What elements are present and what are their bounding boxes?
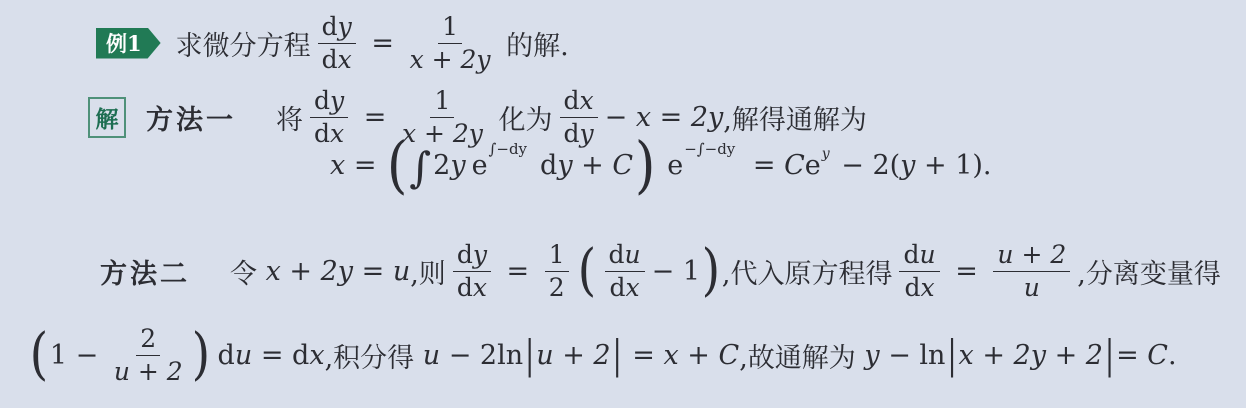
- math-token: d: [218, 340, 235, 371]
- math-token: 1 −: [50, 340, 107, 371]
- abs-bar: |: [525, 333, 534, 378]
- text-segment: 化为: [490, 98, 553, 137]
- math-token: − ln: [880, 340, 946, 371]
- math-token: u: [1024, 272, 1040, 303]
- abs-bar: |: [947, 333, 956, 378]
- math-token: d: [904, 273, 920, 302]
- big-paren-close: ): [635, 159, 656, 171]
- frac-2-over-u2: 2 u + 2: [114, 324, 183, 386]
- math-token: d: [314, 119, 330, 148]
- method2-label: 方法二: [100, 252, 190, 291]
- big-paren-open: (: [30, 349, 49, 360]
- math-token: e: [667, 150, 683, 181]
- frac-du-dx: du dx: [899, 240, 939, 302]
- math-token: 2: [433, 150, 450, 181]
- math-token: u: [920, 240, 936, 269]
- math-token: x: [309, 340, 324, 371]
- math-token: u: [423, 340, 440, 371]
- frac-u2-over-u: u + 2 u: [993, 240, 1070, 302]
- equals-sign: =: [498, 256, 538, 287]
- big-paren-open: (: [577, 265, 596, 276]
- math-token: C: [612, 150, 633, 181]
- frac-dy-dx: dy dx: [453, 240, 491, 302]
- text-segment: 令: [230, 252, 266, 291]
- math-token: x: [330, 150, 345, 181]
- math-token: d: [457, 273, 473, 302]
- math-token: y: [580, 119, 594, 148]
- math-token: − 2ln: [440, 340, 523, 371]
- math-token: x: [580, 86, 594, 115]
- abs-bar: |: [1105, 333, 1114, 378]
- equals-sign: =: [345, 150, 385, 181]
- frac-1-over-2: 1 2: [545, 240, 569, 302]
- exponent: y: [822, 146, 830, 162]
- big-paren-close: ): [702, 265, 721, 276]
- math-token: x: [330, 119, 344, 148]
- textbook-page: 例1 求微分方程 dy dx = 1 x + 2y 的解. 解 方法一 将 dy…: [0, 0, 1246, 408]
- problem-text-pre: 求微分方程: [176, 24, 311, 63]
- exponent: −∫−dy: [684, 140, 735, 158]
- math-token: 1: [438, 12, 462, 44]
- math-token: x + 2y: [410, 44, 491, 75]
- frac-1-over-x2y: 1 x + 2y: [402, 86, 483, 148]
- math-expression: − x = 2y: [605, 102, 724, 133]
- math-token: +: [573, 150, 613, 181]
- math-token: C: [1147, 340, 1168, 371]
- math-token: d: [540, 150, 557, 181]
- example-badge: 例1: [96, 28, 161, 59]
- math-token: x: [921, 273, 935, 302]
- math-token: d: [322, 12, 338, 41]
- equals-sign: =: [947, 256, 987, 287]
- text-segment: ,故通解为: [739, 336, 864, 375]
- math-token: e: [805, 150, 821, 181]
- problem-text-post: 的解.: [498, 24, 569, 63]
- math-token: y: [864, 340, 879, 371]
- equals-sign: =: [744, 150, 784, 181]
- text-segment: ,则: [410, 252, 446, 291]
- abs-bar: |: [613, 333, 622, 378]
- math-token: 1: [430, 86, 454, 118]
- math-token: y: [338, 12, 352, 41]
- math-expression: x + 2y = u: [266, 256, 411, 287]
- math-token: y: [330, 86, 344, 115]
- solution-method2-line: 方法二 令 x + 2y = u ,则 dy dx = 1 2 ( du dx …: [100, 240, 1221, 302]
- problem-statement-line: 例1 求微分方程 dy dx = 1 x + 2y 的解.: [96, 12, 569, 74]
- frac-1-over-x2y: 1 x + 2y: [410, 12, 491, 74]
- frac-dy-dx: dy dx: [310, 86, 348, 148]
- frac-du-dx: du dx: [605, 240, 645, 302]
- math-token: 2: [136, 324, 160, 356]
- math-token: x: [338, 45, 352, 74]
- math-token: 2: [549, 272, 565, 303]
- math-token: + 1).: [915, 150, 991, 181]
- math-token: d: [564, 119, 580, 148]
- text-segment: ,积分得: [325, 336, 423, 375]
- integral-sign: ∫: [409, 164, 431, 172]
- text-segment: 将: [276, 98, 303, 137]
- math-token: x: [626, 273, 640, 302]
- math-token: − 2(: [833, 150, 901, 181]
- math-expression: x + 2y + 2: [959, 340, 1103, 371]
- math-token: y: [473, 240, 487, 269]
- math-expression: u + 2: [536, 340, 610, 371]
- big-paren-open: (: [387, 159, 408, 171]
- math-token: d: [609, 240, 625, 269]
- solution-badge: 解: [88, 97, 126, 138]
- equals-sign: =: [1116, 340, 1147, 371]
- math-token: d: [457, 240, 473, 269]
- math-token: d: [314, 86, 330, 115]
- math-token: d: [292, 340, 309, 371]
- math-token: x: [473, 273, 487, 302]
- solution-method2-continued: ( 1 − 2 u + 2 ) d u = d x ,积分得 u − 2ln |…: [28, 324, 1177, 386]
- big-paren-close: ): [191, 349, 210, 360]
- math-token: y: [450, 150, 465, 181]
- math-expression: x + C: [664, 340, 740, 371]
- method1-label: 方法一: [146, 98, 236, 137]
- text-segment: ,分离变量得: [1077, 252, 1221, 291]
- math-token: d: [903, 240, 919, 269]
- math-token: e: [472, 150, 488, 181]
- math-token: u: [235, 340, 252, 371]
- equals-sign: =: [363, 28, 403, 59]
- math-token: d: [610, 273, 626, 302]
- text-segment: ,代入原方程得: [722, 252, 893, 291]
- equals-sign: =: [624, 340, 664, 371]
- text-segment: ,解得通解为: [723, 98, 867, 137]
- math-token: y: [557, 150, 572, 181]
- math-token: u + 2: [993, 240, 1070, 272]
- math-token: − 1: [652, 256, 700, 287]
- math-token: y: [900, 150, 915, 181]
- equals-sign: =: [252, 340, 292, 371]
- math-token: 1: [545, 240, 569, 272]
- frac-dy-dx: dy dx: [318, 12, 356, 74]
- math-token: .: [1168, 340, 1177, 371]
- math-token: d: [322, 45, 338, 74]
- math-token: u: [625, 240, 641, 269]
- solution-method1-line: 解 方法一 将 dy dx = 1 x + 2y 化为 dx dy − x = …: [88, 86, 867, 148]
- math-token: u + 2: [114, 356, 183, 387]
- math-token: d: [564, 86, 580, 115]
- display-equation: x = ( ∫ 2 y e ∫−dy d y + C ) e −∫−dy = C…: [330, 150, 992, 181]
- frac-dx-dy: dx dy: [560, 86, 598, 148]
- math-token: C: [784, 150, 805, 181]
- exponent: ∫−dy: [489, 140, 527, 158]
